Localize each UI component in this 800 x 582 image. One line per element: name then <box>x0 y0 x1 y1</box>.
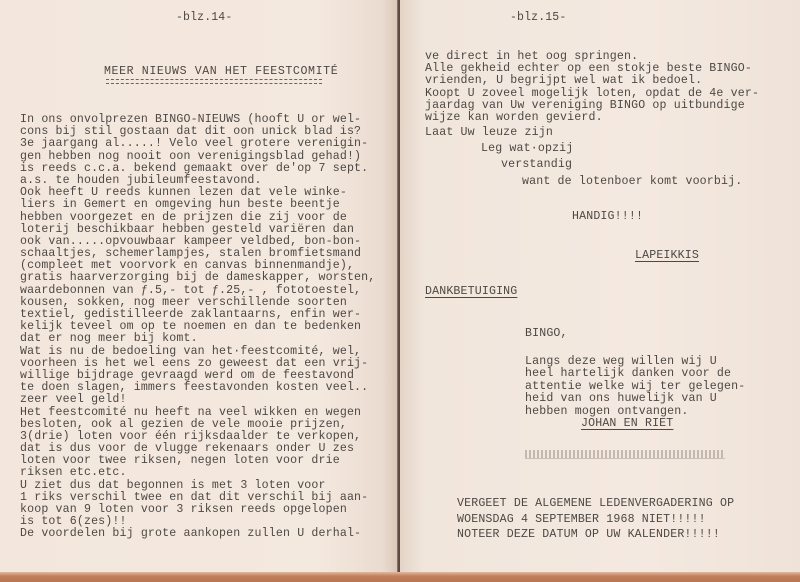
notice-line: VERGEET DE ALGEMENE LEDENVERGADERING OP <box>457 496 734 512</box>
section-heading: DANKBETUIGING <box>425 286 517 298</box>
article-continuation: ve direct in het oog springen.Alle gekhe… <box>425 51 800 124</box>
poem-line: verstandig <box>501 159 572 171</box>
text-line: wijze kan worden gevierd. <box>425 112 800 124</box>
page-number: -blz.14- <box>176 12 232 24</box>
notice-line: WOENSDAG 4 SEPTEMBER 1968 NIET!!!!! <box>457 512 734 528</box>
cover-edge <box>0 572 800 582</box>
notice-line: NOTEER DEZE DATUM OP UW KALENDER!!!!! <box>457 527 734 543</box>
text-line: Het feestcomité nu heeft na veel wikken … <box>20 407 395 419</box>
poem-line: want de lotenboer komt voorbij. <box>522 176 742 188</box>
right-page: -blz.15- ve direct in het oog springen.A… <box>400 0 800 574</box>
text-line: De voordelen bij grote aankopen zullen U… <box>20 528 395 540</box>
letter-salutation: BINGO, <box>525 328 568 340</box>
poem-line: Laat Uw leuze zijn <box>425 127 553 139</box>
text-line: U ziet dus dat begonnen is met 3 loten v… <box>20 480 395 492</box>
text-line: zeer veel geld! <box>20 394 395 406</box>
meeting-notice: VERGEET DE ALGEMENE LEDENVERGADERING OPW… <box>457 496 734 543</box>
letter-line: heel hartelijk danken voor de <box>525 368 745 380</box>
text-line: gen hebben nog nooit oon verenigingsblad… <box>20 151 395 163</box>
text-line: dat er nog meer bij komt. <box>20 333 395 345</box>
poem-line: Leg wat·opzij <box>481 143 573 155</box>
text-line: riksen etc.etc. <box>20 467 395 479</box>
text-line: hebben voorgezet en de prijzen die zij v… <box>20 212 395 224</box>
text-line: vrienden, U begrijpt wel wat ik bedoel. <box>425 75 800 87</box>
text-line: Koopt U zoveel mogelijk loten, opdat de … <box>425 88 800 100</box>
left-page: -blz.14- MEER NIEUWS VAN HET FEESTCOMITÉ… <box>0 0 399 574</box>
letter-line: heid van ons huwelijk van U <box>525 393 745 405</box>
open-booklet: -blz.14- MEER NIEUWS VAN HET FEESTCOMITÉ… <box>0 0 800 574</box>
page-number: -blz.15- <box>510 12 566 24</box>
article-body: In ons onvolprezen BINGO-NIEUWS (hooft U… <box>20 114 395 541</box>
text-line: waardebonnen van ƒ.5,- tot ƒ.25,- , foto… <box>20 285 395 297</box>
title-double-underline <box>106 79 322 84</box>
text-line: liers in Gemert en omgeving hun beste be… <box>20 199 395 211</box>
text-line: 3e jaargang al.....! Velo veel grotere v… <box>20 138 395 150</box>
text-line: gratis haarverzorging bij de dameskapper… <box>20 272 395 284</box>
thank-you-letter: Langs deze weg willen wij Uheel hartelij… <box>525 356 745 418</box>
article-title: MEER NIEUWS VAN HET FEESTCOMITÉ <box>104 66 338 78</box>
text-line: Wat is nu de bedoeling van het·feestcomi… <box>20 346 395 358</box>
letter-signature: JOHAN EN RIET <box>581 418 673 430</box>
author-signature: LAPEIKKIS <box>635 250 699 262</box>
exclamation: HANDIG!!!! <box>572 211 643 223</box>
ornament-separator <box>525 450 725 459</box>
